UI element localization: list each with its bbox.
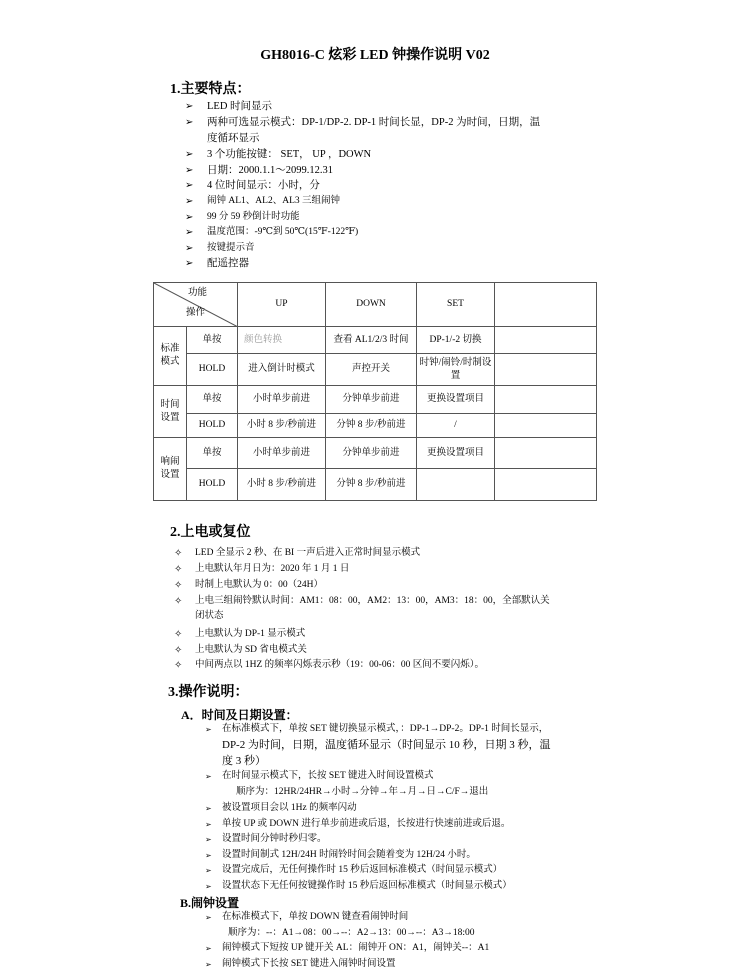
- feature-item: ➢4 位时间显示：小时，分: [207, 178, 320, 194]
- table-header-row: 功能 操作 UP DOWN SET: [154, 283, 597, 327]
- op-cell: HOLD: [187, 414, 238, 438]
- instruction-sequence: 顺序为：12HR/24HR→小时→分钟→年→月→日→C/F→退出: [236, 785, 488, 801]
- mode-cell: 时间设置: [154, 386, 187, 438]
- feature-item-continuation: 度循环显示: [207, 131, 260, 147]
- table-cell: DP-1/-2 切换: [417, 327, 495, 354]
- arrow-bullet-icon: ➢: [185, 194, 193, 210]
- table-cell: 更换设置项目: [417, 386, 495, 414]
- table-row: HOLD 小时 8 步/秒前进 分钟 8 步/秒前进: [154, 469, 597, 501]
- diamond-bullet-icon: ✧: [174, 562, 182, 578]
- table-row: 标准模式 单按 颜色转换 查看 AL1/2/3 时间 DP-1/-2 切换: [154, 327, 597, 354]
- arrow-bullet-icon: ➢: [185, 147, 193, 163]
- instruction-item-continuation: 度 3 秒）: [222, 754, 266, 770]
- feature-item: ➢温度范围：-9℃到 50℃(15℉-122℉): [207, 225, 358, 241]
- table-row: HOLD 进入倒计时模式 声控开关 时钟/闹铃/时制设置: [154, 354, 597, 386]
- arrow-bullet-icon: ➢: [205, 863, 212, 879]
- power-item: ✧上电默认年月日为：2020 年 1 月 1 日: [195, 562, 349, 578]
- arrow-bullet-icon: ➢: [185, 225, 193, 241]
- table-cell: 小时 8 步/秒前进: [238, 469, 326, 501]
- instruction-item: ➢设置时间制式 12H/24H 时闹铃时间会随着变为 12H/24 小时。: [222, 848, 476, 864]
- operation-label: 操作: [186, 307, 205, 320]
- arrow-bullet-icon: ➢: [185, 210, 193, 226]
- table-cell: 小时单步前进: [238, 386, 326, 414]
- diamond-bullet-icon: ✧: [174, 546, 182, 562]
- diamond-bullet-icon: ✧: [174, 594, 182, 610]
- mode-cell: 响闹设置: [154, 438, 187, 501]
- arrow-bullet-icon: ➢: [205, 957, 212, 972]
- table-cell: /: [417, 414, 495, 438]
- power-item-continuation: 闭状态: [195, 609, 224, 625]
- table-row: 时间设置 单按 小时单步前进 分钟单步前进 更换设置项目: [154, 386, 597, 414]
- diamond-bullet-icon: ✧: [174, 578, 182, 594]
- table-cell: 更换设置项目: [417, 438, 495, 469]
- instruction-item: ➢被设置项目会以 1Hz 的频率闪动: [222, 801, 357, 817]
- arrow-bullet-icon: ➢: [185, 99, 193, 115]
- arrow-bullet-icon: ➢: [185, 178, 193, 194]
- alarm-item: ➢在标准模式下，单按 DOWN 键查看闹钟时间: [222, 910, 408, 926]
- table-cell: [495, 438, 597, 469]
- power-item: ✧上电默认为 DP-1 显示模式: [195, 627, 305, 643]
- feature-item: ➢LED 时间显示: [207, 99, 272, 115]
- feature-item: ➢按键提示音: [207, 241, 255, 257]
- arrow-bullet-icon: ➢: [205, 848, 212, 864]
- alarm-sequence: 顺序为：--：A1→08：00→--：A2→13：00→--：A3→18:00: [228, 926, 474, 942]
- section-2-heading: 2.上电或复位: [170, 521, 251, 541]
- op-cell: HOLD: [187, 354, 238, 386]
- operation-table: 功能 操作 UP DOWN SET 标准模式 单按 颜色转换 查看 AL1/2/…: [153, 282, 597, 501]
- table-cell: 查看 AL1/2/3 时间: [326, 327, 417, 354]
- power-item: ✧中间两点以 1HZ 的频率闪烁表示秒（19：00-06：00 区间不要闪烁）。: [195, 658, 484, 674]
- table-cell: [495, 354, 597, 386]
- instruction-item-continuation: DP-2 为时间，日期，温度循环显示（时间显示 10 秒，日期 3 秒，温: [222, 738, 550, 754]
- power-item: ✧上电三组闹铃默认时间：AM1：08：00，AM2：13：00，AM3：18：0…: [195, 594, 550, 610]
- alarm-item: ➢闹钟模式下长按 SET 键进入闹钟时间设置: [222, 957, 395, 972]
- instruction-item: ➢单按 UP 或 DOWN 进行单步前进或后退，长按进行快速前进或后退。: [222, 817, 510, 833]
- arrow-bullet-icon: ➢: [205, 722, 212, 738]
- arrow-bullet-icon: ➢: [205, 832, 212, 848]
- feature-item: ➢两种可选显示模式：DP-1/DP-2. DP-1 时间长显，DP-2 为时间，…: [207, 115, 540, 131]
- instruction-item: ➢在标准模式下，单按 SET 键切换显示模式，：DP-1→DP-2。DP-1 时…: [222, 722, 548, 738]
- table-cell: 颜色转换: [238, 327, 326, 354]
- arrow-bullet-icon: ➢: [185, 256, 193, 272]
- diamond-bullet-icon: ✧: [174, 658, 182, 674]
- feature-item: ➢日期：2000.1.1～2099.12.31: [207, 163, 333, 179]
- arrow-bullet-icon: ➢: [185, 241, 193, 257]
- arrow-bullet-icon: ➢: [205, 769, 212, 785]
- column-header-down: DOWN: [326, 283, 417, 327]
- feature-item: ➢99 分 59 秒倒计时功能: [207, 210, 300, 226]
- table-cell: 进入倒计时模式: [238, 354, 326, 386]
- section-3-heading: 3.操作说明：: [168, 681, 249, 701]
- feature-item: ➢配遥控器: [207, 256, 249, 272]
- column-header-set: SET: [417, 283, 495, 327]
- column-header-up: UP: [238, 283, 326, 327]
- section-1-heading: 1.主要特点：: [170, 78, 251, 98]
- arrow-bullet-icon: ➢: [205, 817, 212, 833]
- arrow-bullet-icon: ➢: [205, 941, 212, 957]
- op-cell: 单按: [187, 327, 238, 354]
- alarm-item: ➢闹钟模式下短按 UP 键开关 AL：闹钟开 ON：A1，闹钟关--：A1: [222, 941, 489, 957]
- subsection-a-heading: A．时间及日期设置：: [181, 706, 298, 723]
- feature-item: ➢3 个功能按键： SET， UP ，DOWN: [207, 147, 371, 163]
- power-item: ✧上电默认为 SD 省电模式关: [195, 643, 307, 659]
- diamond-bullet-icon: ✧: [174, 643, 182, 659]
- table-cell: [495, 386, 597, 414]
- table-cell: 分钟 8 步/秒前进: [326, 469, 417, 501]
- arrow-bullet-icon: ➢: [205, 910, 212, 926]
- feature-item: ➢闹钟 AL1、AL2、AL3 三组闹钟: [207, 194, 340, 210]
- table-cell: [495, 469, 597, 501]
- instruction-item: ➢在时间显示模式下，长按 SET 键进入时间设置模式: [222, 769, 433, 785]
- arrow-bullet-icon: ➢: [185, 115, 193, 131]
- arrow-bullet-icon: ➢: [205, 879, 212, 895]
- table-row: 响闹设置 单按 小时单步前进 分钟单步前进 更换设置项目: [154, 438, 597, 469]
- arrow-bullet-icon: ➢: [185, 163, 193, 179]
- table-cell: 时钟/闹铃/时制设置: [417, 354, 495, 386]
- function-label: 功能: [188, 287, 207, 300]
- power-item: ✧时制上电默认为 0：00（24H）: [195, 578, 323, 594]
- table-cell: 小时 8 步/秒前进: [238, 414, 326, 438]
- table-cell: [417, 469, 495, 501]
- power-item: ✧LED 全显示 2 秒、在 BI 一声后进入正常时间显示模式: [195, 546, 420, 562]
- table-cell: [495, 327, 597, 354]
- diamond-bullet-icon: ✧: [174, 627, 182, 643]
- table-cell: 分钟单步前进: [326, 386, 417, 414]
- diagonal-header-cell: 功能 操作: [154, 283, 238, 327]
- arrow-bullet-icon: ➢: [205, 801, 212, 817]
- table-cell: 分钟 8 步/秒前进: [326, 414, 417, 438]
- document-title: GH8016-C 炫彩 LED 钟操作说明 V02: [0, 44, 750, 64]
- mode-cell: 标准模式: [154, 327, 187, 386]
- table-cell: 分钟单步前进: [326, 438, 417, 469]
- op-cell: 单按: [187, 386, 238, 414]
- table-cell: 小时单步前进: [238, 438, 326, 469]
- column-header-empty: [495, 283, 597, 327]
- table-cell: 声控开关: [326, 354, 417, 386]
- op-cell: 单按: [187, 438, 238, 469]
- instruction-item: ➢设置完成后，无任何操作时 15 秒后返回标准模式（时间显示模式）: [222, 863, 502, 879]
- op-cell: HOLD: [187, 469, 238, 501]
- instruction-item: ➢设置时间分钟时秒归零。: [222, 832, 327, 848]
- table-row: HOLD 小时 8 步/秒前进 分钟 8 步/秒前进 /: [154, 414, 597, 438]
- subsection-b-heading: B.闹钟设置: [180, 894, 239, 911]
- table-cell: [495, 414, 597, 438]
- instruction-item: ➢设置状态下无任何按键操作时 15 秒后返回标准模式（时间显示模式）: [222, 879, 512, 895]
